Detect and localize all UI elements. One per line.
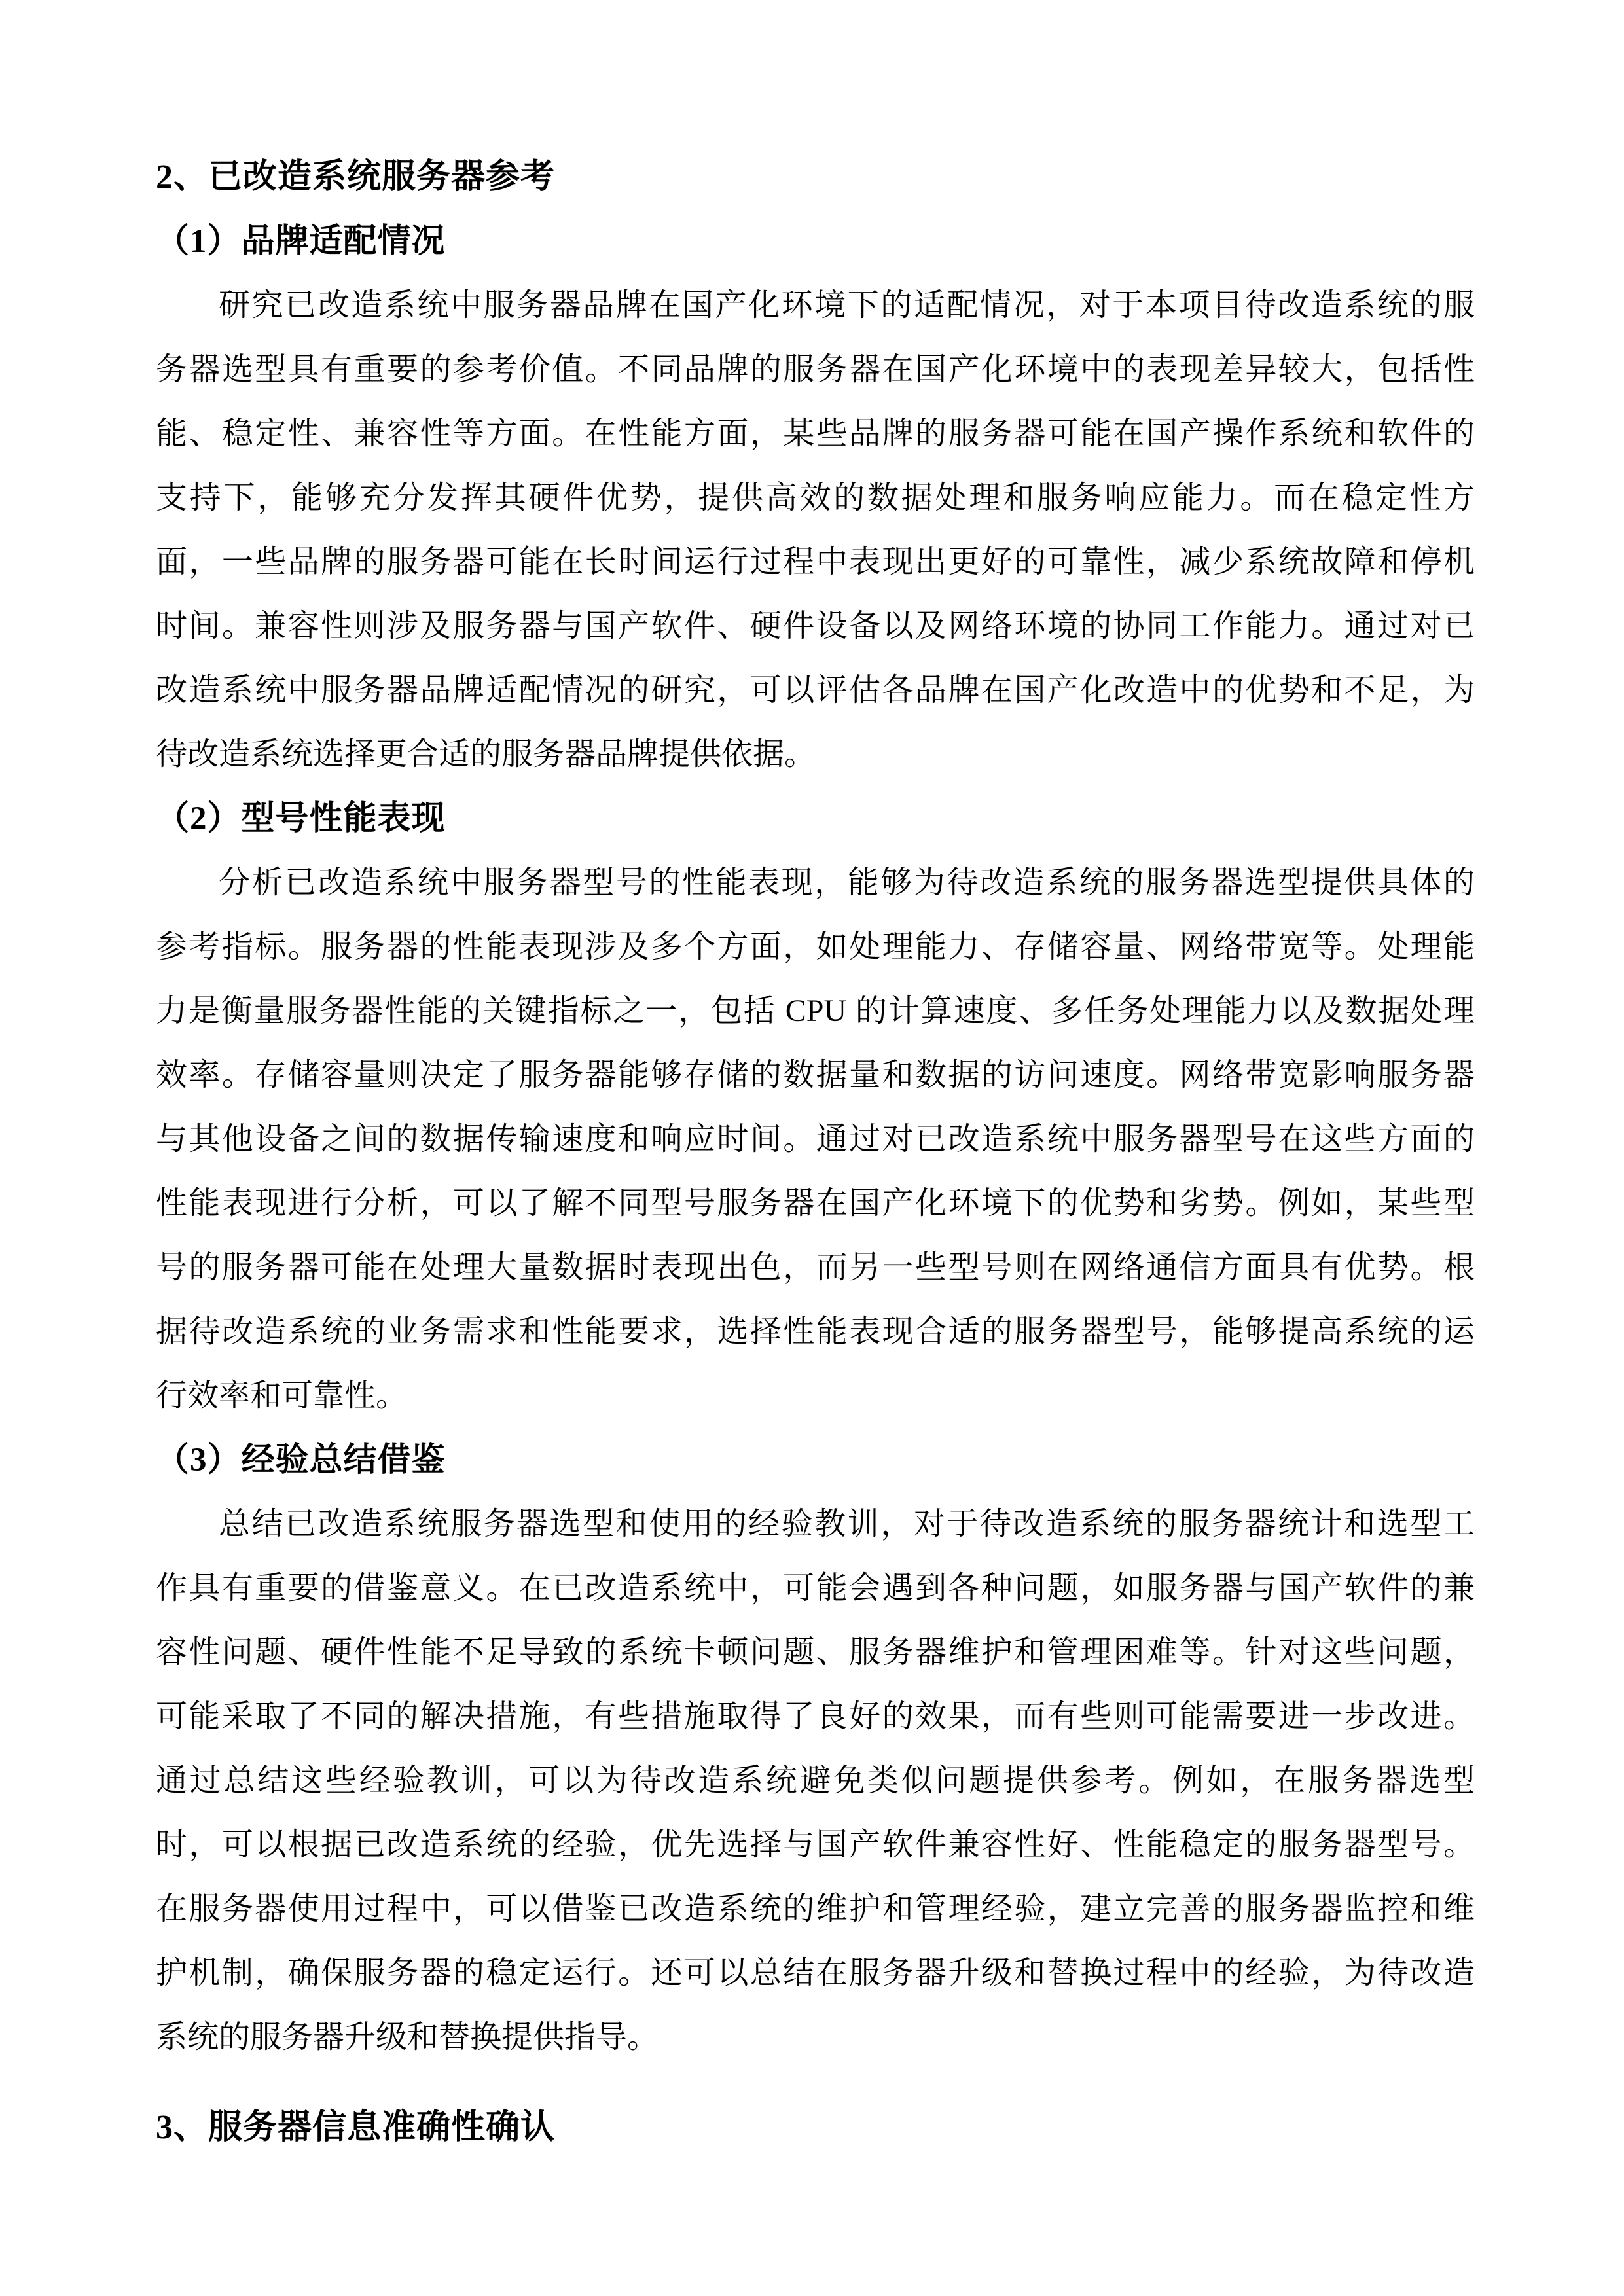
paragraph-brand-adaptation: 研究已改造系统中服务器品牌在国产化环境下的适配情况，对于本项目待改造系统的服务器… xyxy=(156,274,1475,787)
paragraph-line: 分析已改造系统中服务器型号的性能表现，能够为待改造系统的服务器选型提供具体的 xyxy=(156,851,1475,915)
paragraph-line: 作具有重要的借鉴意义。在已改造系统中，可能会遇到各种问题，如服务器与国产软件的兼 xyxy=(156,1556,1475,1621)
paragraph-line: 总结已改造系统服务器选型和使用的经验教训，对于待改造系统的服务器统计和选型工 xyxy=(156,1492,1475,1556)
document-page: 2、已改造系统服务器参考 （1）品牌适配情况 研究已改造系统中服务器品牌在国产化… xyxy=(0,0,1624,2296)
section-heading-2: 2、已改造系统服务器参考 xyxy=(156,145,1475,209)
paragraph-line: 效率。存储容量则决定了服务器能够存储的数据量和数据的访问速度。网络带宽影响服务器 xyxy=(156,1043,1475,1107)
paragraph-line: 待改造系统选择更合适的服务器品牌提供依据。 xyxy=(156,723,1475,787)
paragraph-line: 与其他设备之间的数据传输速度和响应时间。通过对已改造系统中服务器型号在这些方面的 xyxy=(156,1107,1475,1172)
paragraph-line: 号的服务器可能在处理大量数据时表现出色，而另一些型号则在网络通信方面具有优势。根 xyxy=(156,1236,1475,1300)
paragraph-line: 通过总结这些经验教训，可以为待改造系统避免类似问题提供参考。例如，在服务器选型 xyxy=(156,1749,1475,1813)
paragraph-line: 护机制，确保服务器的稳定运行。还可以总结在服务器升级和替换过程中的经验，为待改造 xyxy=(156,1941,1475,2005)
subsection-heading-model-performance: （2）型号性能表现 xyxy=(156,787,1475,851)
paragraph-line: 据待改造系统的业务需求和性能要求，选择性能表现合适的服务器型号，能够提高系统的运 xyxy=(156,1300,1475,1364)
paragraph-line: 务器选型具有重要的参考价值。不同品牌的服务器在国产化环境中的表现差异较大，包括性 xyxy=(156,338,1475,402)
paragraph-model-performance: 分析已改造系统中服务器型号的性能表现，能够为待改造系统的服务器选型提供具体的参考… xyxy=(156,851,1475,1428)
paragraph-line: 容性问题、硬件性能不足导致的系统卡顿问题、服务器维护和管理困难等。针对这些问题， xyxy=(156,1621,1475,1685)
paragraph-line: 改造系统中服务器品牌适配情况的研究，可以评估各品牌在国产化改造中的优势和不足，为 xyxy=(156,658,1475,723)
paragraph-line: 面，一些品牌的服务器可能在长时间运行过程中表现出更好的可靠性，减少系统故障和停机 xyxy=(156,530,1475,594)
paragraph-line: 能、稳定性、兼容性等方面。在性能方面，某些品牌的服务器可能在国产操作系统和软件的 xyxy=(156,402,1475,466)
paragraph-line: 在服务器使用过程中，可以借鉴已改造系统的维护和管理经验，建立完善的服务器监控和维 xyxy=(156,1877,1475,1941)
paragraph-experience-summary: 总结已改造系统服务器选型和使用的经验教训，对于待改造系统的服务器统计和选型工作具… xyxy=(156,1492,1475,2070)
subsection-heading-brand-adaptation: （1）品牌适配情况 xyxy=(156,209,1475,274)
section-heading-3: 3、服务器信息准确性确认 xyxy=(156,2096,1475,2160)
paragraph-line: 研究已改造系统中服务器品牌在国产化环境下的适配情况，对于本项目待改造系统的服 xyxy=(156,274,1475,338)
paragraph-line: 可能采取了不同的解决措施，有些措施取得了良好的效果，而有些则可能需要进一步改进。 xyxy=(156,1685,1475,1749)
subsection-heading-experience-summary: （3）经验总结借鉴 xyxy=(156,1428,1475,1492)
paragraph-line: 支持下，能够充分发挥其硬件优势，提供高效的数据处理和服务响应能力。而在稳定性方 xyxy=(156,466,1475,530)
paragraph-line: 性能表现进行分析，可以了解不同型号服务器在国产化环境下的优势和劣势。例如，某些型 xyxy=(156,1172,1475,1236)
paragraph-line: 参考指标。服务器的性能表现涉及多个方面，如处理能力、存储容量、网络带宽等。处理能 xyxy=(156,915,1475,979)
paragraph-line: 行效率和可靠性。 xyxy=(156,1364,1475,1428)
paragraph-line: 系统的服务器升级和替换提供指导。 xyxy=(156,2005,1475,2070)
paragraph-line: 力是衡量服务器性能的关键指标之一，包括 CPU 的计算速度、多任务处理能力以及数… xyxy=(156,979,1475,1043)
paragraph-line: 时间。兼容性则涉及服务器与国产软件、硬件设备以及网络环境的协同工作能力。通过对已 xyxy=(156,594,1475,658)
paragraph-line: 时，可以根据已改造系统的经验，优先选择与国产软件兼容性好、性能稳定的服务器型号。 xyxy=(156,1813,1475,1877)
